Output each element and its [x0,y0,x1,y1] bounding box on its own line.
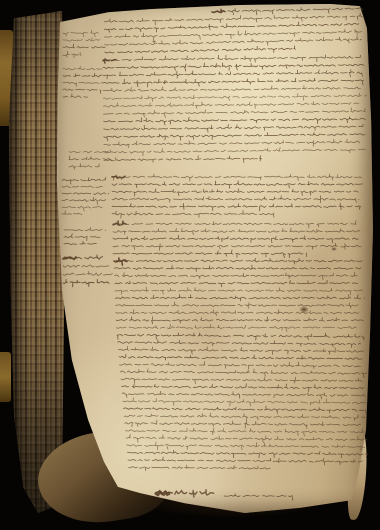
ink-blot [299,306,309,313]
leaf-stack-shadow [6,8,64,518]
ink-blot [152,40,156,43]
ink-blot [331,247,337,251]
book-leaf-stack [6,8,64,518]
manuscript-photograph: Photograph of a bound medieval manuscrip… [0,0,380,530]
parchment-page [55,3,373,515]
gilt-binding-edge-bottom [0,352,11,402]
